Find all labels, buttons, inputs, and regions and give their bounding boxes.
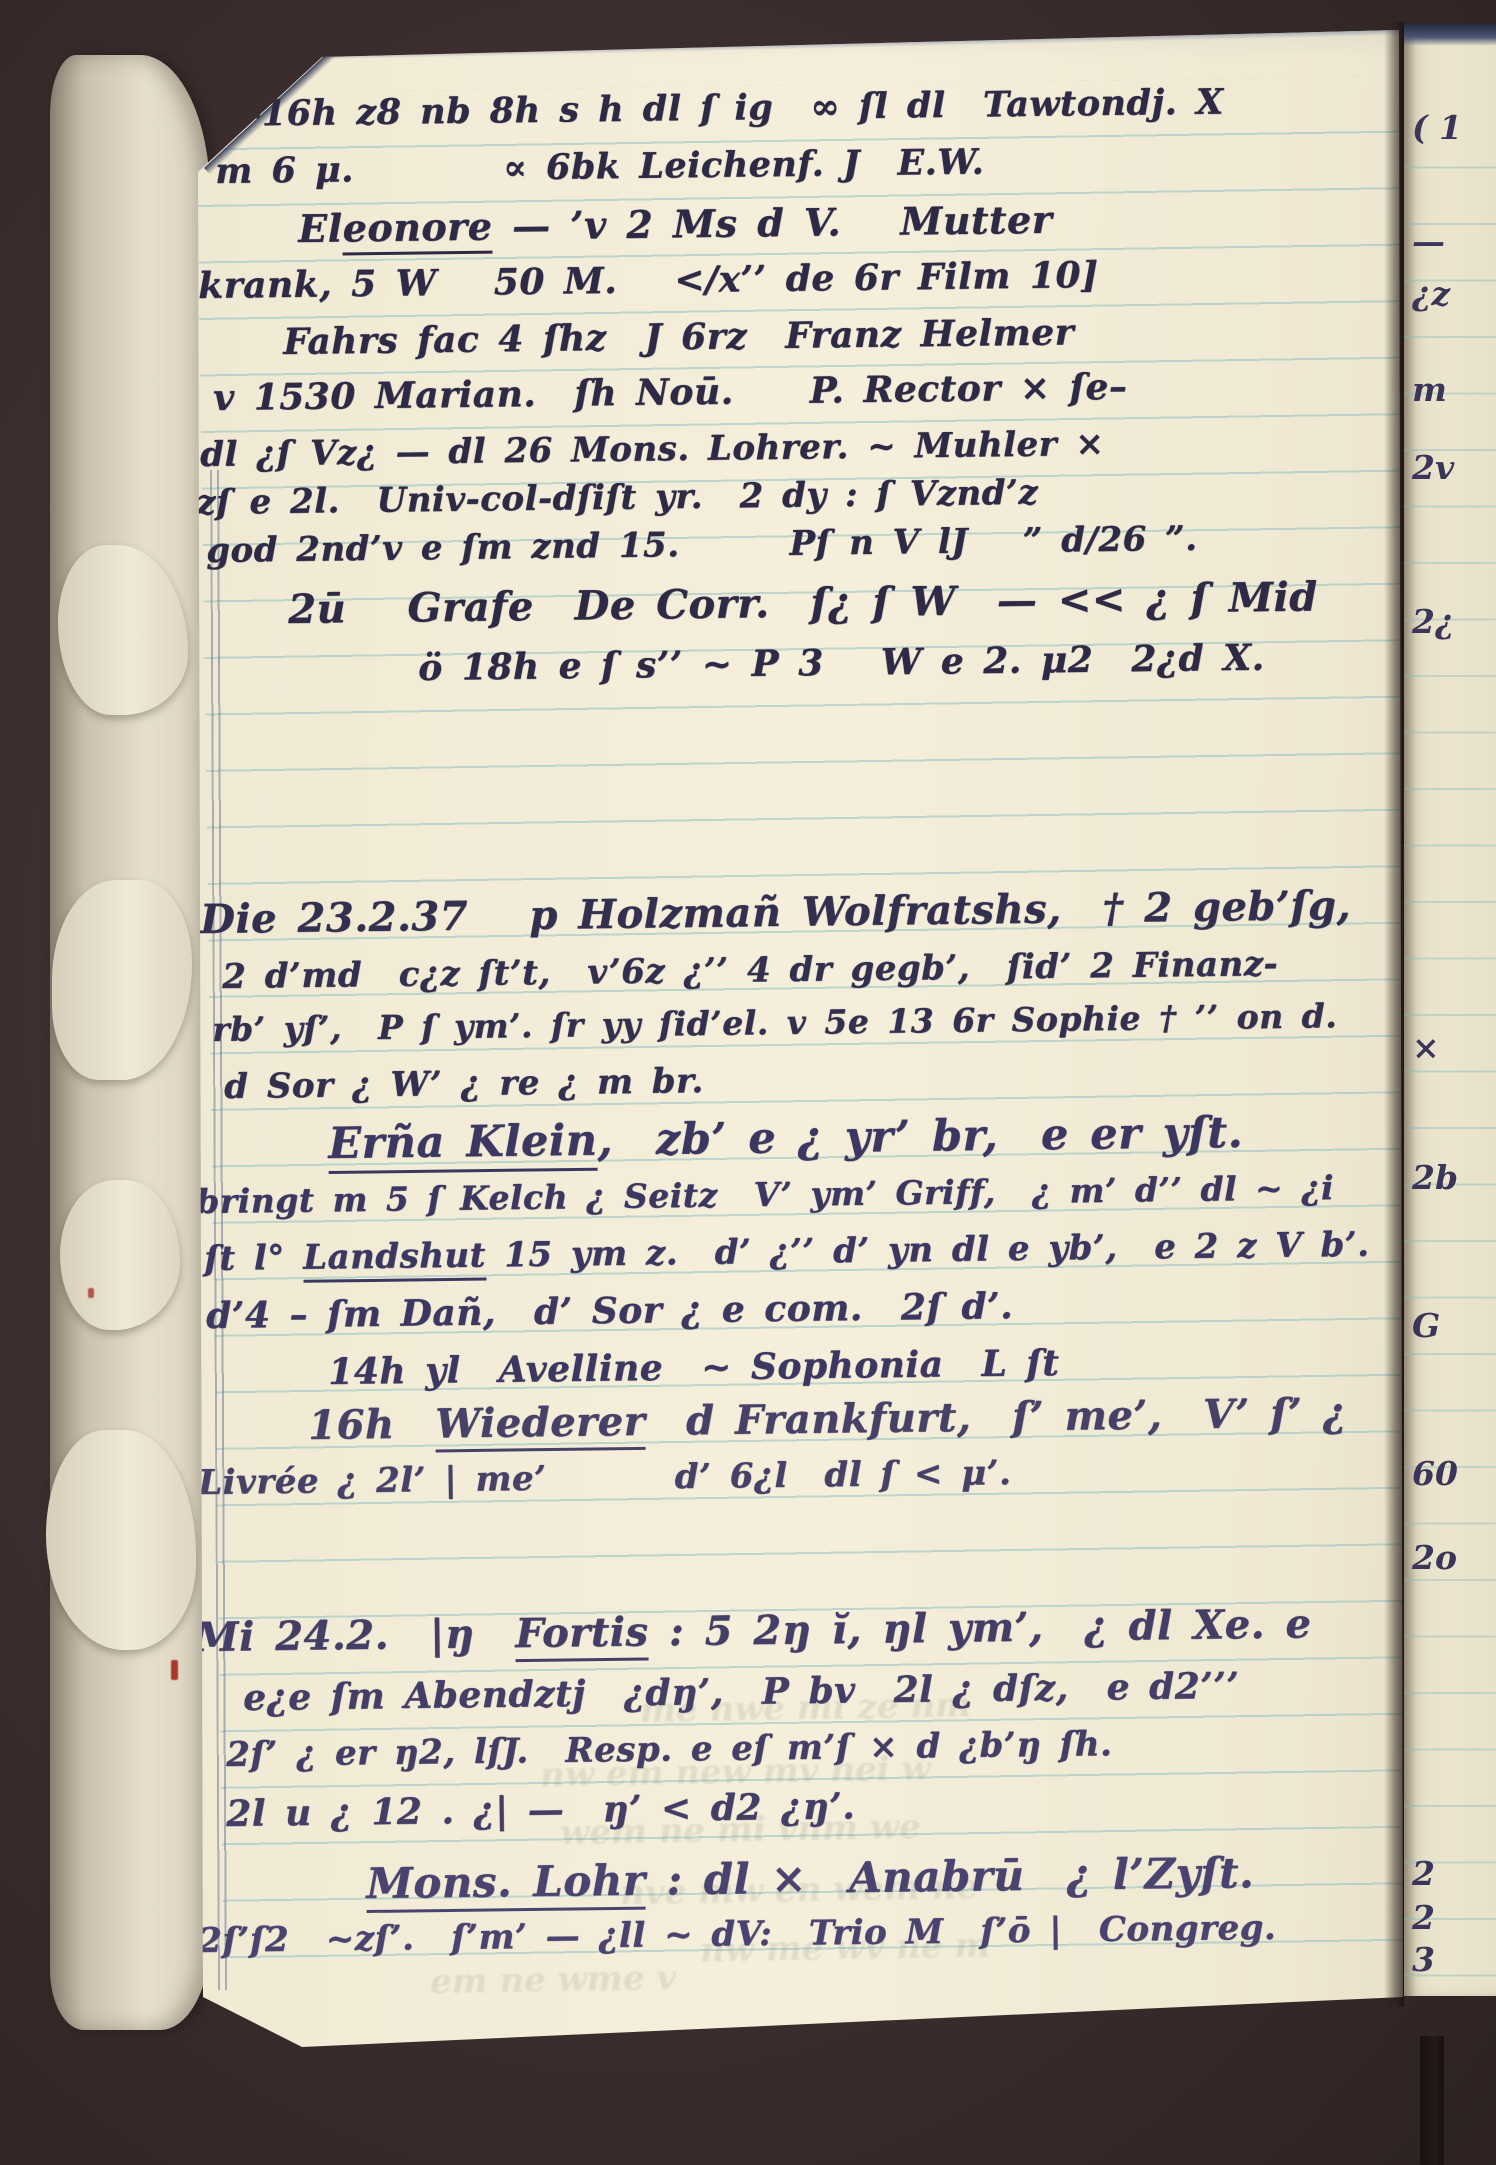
- photo-background: me nwe mi ze nmnw em new mv nei wwem ne …: [0, 0, 1496, 2165]
- bleedthrough-text: em ne wme v: [430, 1958, 677, 2002]
- facing-page-text-fragment: 2b: [1412, 1158, 1458, 1197]
- handwriting-text: 14h yl Avelline ~ Sophonia L ſt: [328, 1342, 1060, 1393]
- facing-page-text-fragment: 2: [1412, 1898, 1435, 1937]
- handwriting-text: : 5 2ŋ ĭ, ŋl ym’, ¿ dl Xe. e: [648, 1600, 1312, 1655]
- handwriting-line: Erña Klein, zb’ e ¿ yr’ br, e er yſt.: [328, 1109, 1243, 1168]
- facing-page-text-fragment: ( 1: [1412, 108, 1462, 147]
- cover-seam: [1420, 2036, 1444, 2165]
- red-ink-speck: [171, 1660, 178, 1680]
- handwriting-text: d Frankfurt, ſ’ me’, V’ ſ’ ¿: [645, 1389, 1347, 1445]
- handwriting-text: — ’v 2 Ms d V. Mutter: [492, 197, 1052, 249]
- facing-page-text-fragment: ×: [1412, 1028, 1440, 1067]
- notebook-page: me nwe mi ze nmnw em new mv nei wwem ne …: [0, 0, 1496, 2165]
- handwriting-line: d Sor ¿ W’ ¿ re ¿ m br.: [224, 1062, 704, 1106]
- underlined-word: eonore: [342, 204, 492, 256]
- facing-page-text-fragment: m: [1412, 370, 1447, 409]
- facing-page-text-fragment: 2¿: [1412, 602, 1454, 641]
- facing-page-edge-stain: [1404, 24, 1496, 46]
- page-edge-stain: [316, 3, 1496, 60]
- underlined-word: Fortis: [515, 1608, 649, 1662]
- facing-page-text-fragment: 2v: [1412, 448, 1454, 487]
- handwriting-text: ſt l°: [204, 1238, 303, 1279]
- facing-page-text-fragment: 3: [1412, 1940, 1435, 1979]
- red-ink-speck: [88, 1288, 94, 1298]
- handwriting-text: : dl × Anabrū ¿ l’Zyſt.: [645, 1848, 1254, 1904]
- facing-page-text-fragment: G: [1412, 1306, 1440, 1345]
- facing-page-sliver: ( 1—¿zm2v2¿×2bG602o223: [1404, 24, 1496, 1996]
- facing-page-text-fragment: —: [1412, 222, 1445, 261]
- facing-page-text-fragment: 2o: [1412, 1538, 1457, 1577]
- underlined-word: Wiederer: [435, 1398, 646, 1453]
- handwriting-line: 14h yl Avelline ~ Sophonia L ſt: [328, 1343, 1060, 1392]
- handwriting-text: Mi 24.2. |ŋ: [194, 1610, 516, 1661]
- facing-page-text-fragment: 60: [1412, 1454, 1458, 1493]
- handwriting-line: 2l u ¿ 12 . ¿| — ŋ’ < d2 ¿ŋ’.: [226, 1786, 856, 1834]
- handwriting-text: 16h: [308, 1400, 436, 1449]
- handwriting-line: m 6 μ. ∝ 6bk Leichenf. J E.W.: [215, 143, 985, 192]
- handwriting-line: Eleonore — ’v 2 Ms d V. Mutter: [298, 199, 1052, 251]
- underlined-word: Landshut: [303, 1236, 486, 1283]
- gutter-shadow: [1384, 22, 1404, 2007]
- handwriting-line: Mons. Lohr : dl × Anabrū ¿ l’Zyſt.: [366, 1849, 1254, 1907]
- handwriting-text: d Sor ¿ W’ ¿ re ¿ m br.: [224, 1061, 704, 1107]
- facing-page-text-fragment: ¿z: [1412, 274, 1450, 313]
- handwriting-text: , zb’ e ¿ yr’ br, e er yſt.: [597, 1108, 1243, 1166]
- handwriting-text: 2l u ¿ 12 . ¿| — ŋ’ < d2 ¿ŋ’.: [226, 1785, 856, 1835]
- underlined-word: Erña Klein: [328, 1116, 598, 1174]
- underlined-word: Mons. Lohr: [366, 1856, 646, 1913]
- handwriting-text: El: [298, 205, 343, 251]
- facing-page-text-fragment: 2: [1412, 1854, 1435, 1893]
- spine-tear: [46, 1430, 196, 1650]
- spine-tear: [60, 1180, 180, 1330]
